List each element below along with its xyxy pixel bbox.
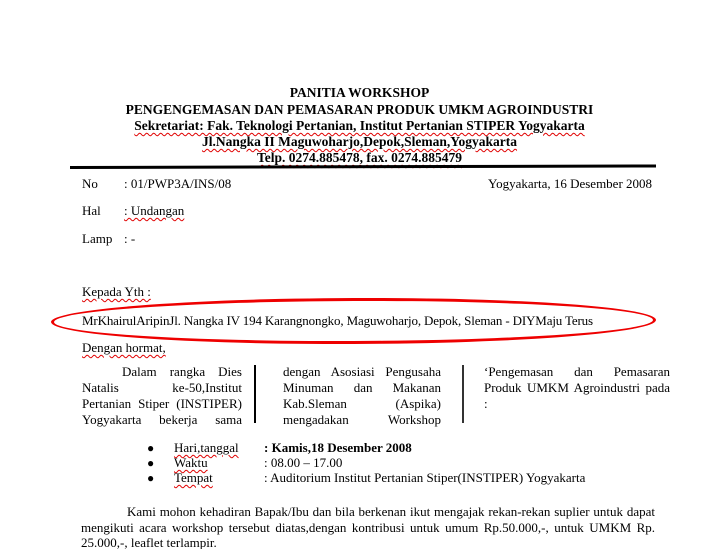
lamp-label: Lamp bbox=[82, 231, 112, 247]
detail-label: Tempat bbox=[174, 470, 264, 485]
secretariat-text: Sekretariat: Fak. Teknologi Pertanian, I… bbox=[134, 118, 584, 133]
column-3: ‘Pengemasan dan Pemasaran Produk UMKM Ag… bbox=[484, 364, 670, 412]
column-divider-2 bbox=[462, 365, 464, 423]
closing-paragraph: Kami mohon kehadiran Bapak/Ibu dan bila … bbox=[81, 504, 655, 549]
detail-value: : 08.00 – 17.00 bbox=[264, 455, 342, 470]
hal-value-text: : Undangan bbox=[124, 203, 184, 218]
kepada-text: Kepada Yth : bbox=[82, 284, 151, 299]
address-text: Jl.Nangka II Maguwoharjo,Depok,Sleman,Yo… bbox=[202, 134, 517, 149]
letterhead-title: PANITIA WORKSHOP bbox=[0, 84, 719, 101]
detail-label: Hari,tanggal bbox=[174, 440, 264, 455]
bullet-icon: ● bbox=[147, 456, 174, 471]
recipient-address: MrKhairulAripinJl. Nangka IV 194 Karangn… bbox=[82, 313, 593, 329]
detail-value: : Auditorium Institut Pertanian Stiper(I… bbox=[264, 470, 585, 485]
detail-row-date: ● Hari,tanggal : Kamis,18 Desember 2008 bbox=[147, 440, 585, 455]
bullet-icon: ● bbox=[147, 471, 174, 486]
hal-label: Hal bbox=[82, 203, 101, 219]
detail-row-place: ● Tempat : Auditorium Institut Pertanian… bbox=[147, 470, 585, 485]
place-date-text: Yogyakarta, 16 Desember 2008 bbox=[488, 176, 652, 191]
no-label: No bbox=[82, 176, 98, 192]
hal-value: : Undangan bbox=[124, 203, 184, 219]
phone-text: Telp. 0274.885478, fax. 0274.885479 bbox=[257, 150, 462, 165]
kepada-label: Kepada Yth : bbox=[82, 284, 151, 300]
detail-label: Waktu bbox=[174, 455, 264, 470]
letterhead-divider bbox=[70, 164, 656, 169]
letterhead-phone: Telp. 0274.885478, fax. 0274.885479 bbox=[0, 149, 719, 166]
column-1: Dalam rangka Dies Natalis ke-50,Institut… bbox=[82, 364, 242, 428]
letterhead-subtitle: PENGENGEMASAN DAN PEMASARAN PRODUK UMKM … bbox=[0, 101, 719, 118]
place-date: Yogyakarta, 16 Desember 2008 bbox=[488, 176, 652, 192]
greeting-text: Dengan hormat, bbox=[82, 340, 166, 355]
detail-value: : Kamis,18 Desember 2008 bbox=[264, 440, 412, 455]
event-details: ● Hari,tanggal : Kamis,18 Desember 2008 … bbox=[147, 440, 585, 485]
greeting: Dengan hormat, bbox=[82, 340, 166, 356]
lamp-value: : - bbox=[124, 231, 135, 247]
detail-row-time: ● Waktu : 08.00 – 17.00 bbox=[147, 455, 585, 470]
column-divider-1 bbox=[254, 365, 256, 423]
letterhead-address: Jl.Nangka II Maguwoharjo,Depok,Sleman,Yo… bbox=[0, 133, 719, 150]
no-value: : 01/PWP3A/INS/08 bbox=[124, 176, 231, 192]
bullet-icon: ● bbox=[147, 441, 174, 456]
letterhead-secretariat: Sekretariat: Fak. Teknologi Pertanian, I… bbox=[0, 117, 719, 134]
column-2: dengan Asosiasi Pengusaha Minuman dan Ma… bbox=[283, 364, 441, 428]
